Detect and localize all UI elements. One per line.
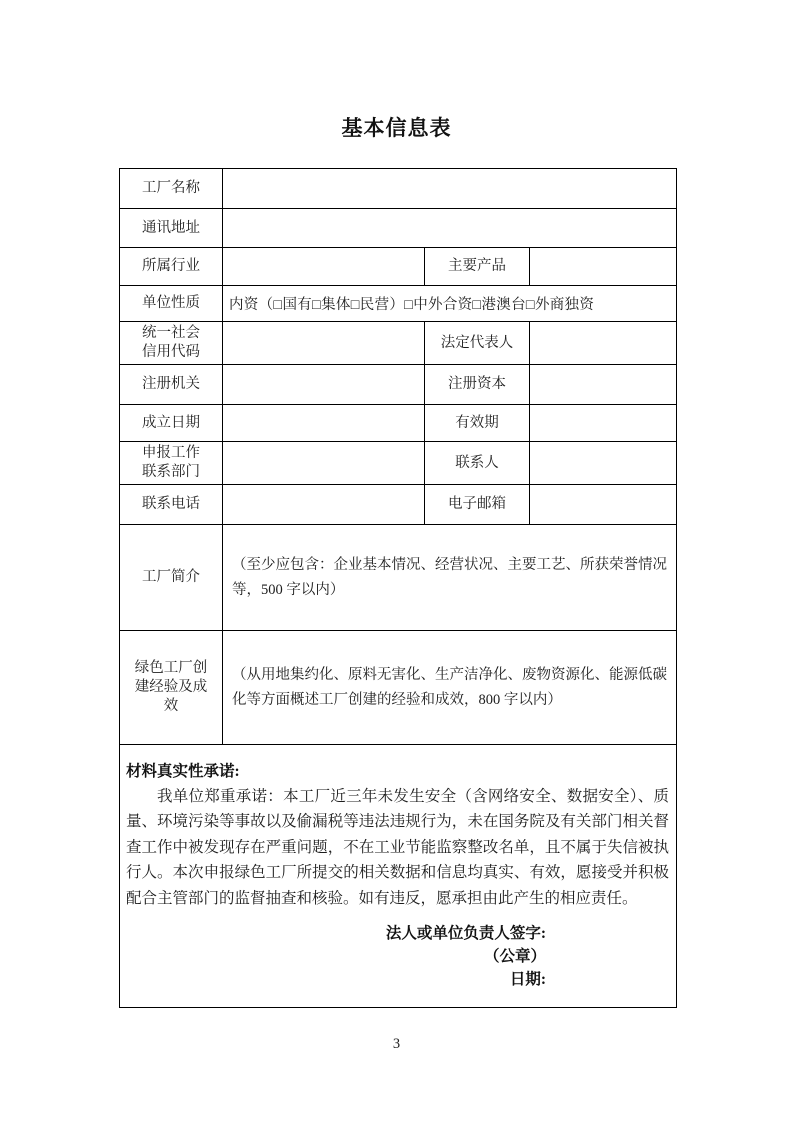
commitment-heading: 材料真实性承诺: <box>126 760 669 784</box>
unit-nature-label: 单位性质 <box>120 286 223 322</box>
established-date-label: 成立日期 <box>120 405 223 442</box>
factory-name-label: 工厂名称 <box>120 169 223 209</box>
reg-authority-field <box>223 365 425 405</box>
commitment-cell: 材料真实性承诺: 我单位郑重承诺：本工厂近三年未发生安全（含网络安全、数据安全）… <box>120 745 677 1008</box>
experience-hint: （从用地集约化、原料无害化、生产洁净化、废物资源化、能源低碳化等方面概述工厂创建… <box>223 631 677 745</box>
validity-label: 有效期 <box>425 405 530 442</box>
main-products-field <box>530 248 677 286</box>
reg-capital-label: 注册资本 <box>425 365 530 405</box>
phone-field <box>223 485 425 525</box>
credit-code-field <box>223 322 425 365</box>
legal-rep-label: 法定代表人 <box>425 322 530 365</box>
email-label: 电子邮箱 <box>425 485 530 525</box>
table-row: 注册机关 注册资本 <box>120 365 677 405</box>
table-row: 工厂名称 <box>120 169 677 209</box>
table-row: 成立日期 有效期 <box>120 405 677 442</box>
experience-label: 绿色工厂创 建经验及成 效 <box>120 631 223 745</box>
established-date-field <box>223 405 425 442</box>
signature-label: 法人或单位负责人签字: <box>126 922 546 945</box>
table-row: 统一社会 信用代码 法定代表人 <box>120 322 677 365</box>
table-row: 绿色工厂创 建经验及成 效 （从用地集约化、原料无害化、生产洁净化、废物资源化、… <box>120 631 677 745</box>
signature-block: 法人或单位负责人签字: （公章） 日期: <box>126 922 669 991</box>
industry-label: 所属行业 <box>120 248 223 286</box>
table-row: 申报工作 联系部门 联系人 <box>120 442 677 485</box>
contact-person-label: 联系人 <box>425 442 530 485</box>
document-page: 基本信息表 工厂名称 通讯地址 所属行业 主要产品 单位 <box>0 0 793 1122</box>
date-label: 日期: <box>126 968 546 991</box>
table-row: 通讯地址 <box>120 209 677 248</box>
contact-person-field <box>530 442 677 485</box>
basic-info-table: 工厂名称 通讯地址 所属行业 主要产品 单位性质 内资（□国有□集体□民营）□中… <box>119 168 677 1008</box>
unit-nature-options: 内资（□国有□集体□民营）□中外合资□港澳台□外商独资 <box>223 286 677 322</box>
seal-label: （公章） <box>126 945 546 968</box>
page-title: 基本信息表 <box>0 112 793 142</box>
reg-capital-field <box>530 365 677 405</box>
industry-field <box>223 248 425 286</box>
table-row: 所属行业 主要产品 <box>120 248 677 286</box>
table-row: 材料真实性承诺: 我单位郑重承诺：本工厂近三年未发生安全（含网络安全、数据安全）… <box>120 745 677 1008</box>
table-row: 单位性质 内资（□国有□集体□民营）□中外合资□港澳台□外商独资 <box>120 286 677 322</box>
phone-label: 联系电话 <box>120 485 223 525</box>
declare-dept-field <box>223 442 425 485</box>
credit-code-label: 统一社会 信用代码 <box>120 322 223 365</box>
main-products-label: 主要产品 <box>425 248 530 286</box>
profile-hint: （至少应包含：企业基本情况、经营状况、主要工艺、所获荣誉情况等，500 字以内） <box>223 525 677 631</box>
commitment-body: 我单位郑重承诺：本工厂近三年未发生安全（含网络安全、数据安全）、质量、环境污染等… <box>126 784 669 911</box>
factory-name-field <box>223 169 677 209</box>
reg-authority-label: 注册机关 <box>120 365 223 405</box>
table-row: 工厂简介 （至少应包含：企业基本情况、经营状况、主要工艺、所获荣誉情况等，500… <box>120 525 677 631</box>
declare-dept-label: 申报工作 联系部门 <box>120 442 223 485</box>
legal-rep-field <box>530 322 677 365</box>
page-number: 3 <box>0 1036 793 1053</box>
address-field <box>223 209 677 248</box>
validity-field <box>530 405 677 442</box>
address-label: 通讯地址 <box>120 209 223 248</box>
table-row: 联系电话 电子邮箱 <box>120 485 677 525</box>
email-field <box>530 485 677 525</box>
profile-label: 工厂简介 <box>120 525 223 631</box>
